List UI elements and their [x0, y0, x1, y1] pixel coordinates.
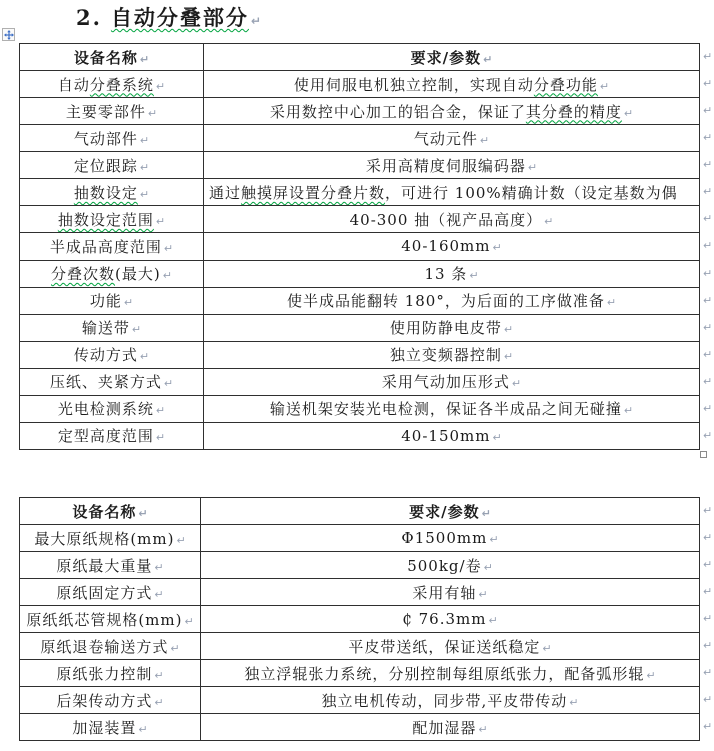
column-header: 要求/参数↵ [201, 498, 700, 525]
table-row: 光电检测系统↵输送机架安装光电检测，保证各半成品之间无碰撞↵ [20, 395, 700, 422]
paragraph-mark: ↵ [542, 642, 551, 655]
cell-text: 独立电机传动，同步带,平皮带传动 [322, 692, 568, 710]
paragraph-mark: ↵ [156, 431, 165, 444]
param-value-cell: 独立变频器控制↵ [204, 341, 700, 368]
param-value-cell: 13 条↵ [204, 260, 700, 287]
paragraph-mark: ↵ [170, 642, 179, 655]
cell-text: 原纸固定方式 [56, 584, 152, 602]
row-end-paragraph-mark: ↵ [703, 504, 712, 518]
param-value-cell: 通过触摸屏设置分叠片数，可进行 100%精确计数（设定基数为偶 [204, 179, 700, 206]
paragraph-mark: ↵ [478, 723, 487, 736]
row-end-paragraph-mark: ↵ [703, 158, 712, 172]
table-row: 抽数设定范围↵40-300 抽（视产品高度）↵ [20, 206, 700, 233]
device-name-cell: 原纸最大重量↵ [20, 552, 201, 579]
column-header-text: 设备名称 [74, 49, 138, 67]
cell-text: 自动 [58, 76, 90, 94]
paragraph-mark: ↵ [607, 296, 616, 309]
paragraph-mark: ↵ [132, 323, 141, 336]
device-name-cell: 原纸退卷输送方式↵ [20, 633, 201, 660]
section-title-text: 自动分叠部分 [111, 5, 249, 30]
cell-text: 采用有轴 [412, 584, 476, 602]
paragraph-mark: ↵ [156, 80, 165, 93]
paragraph-mark: ↵ [164, 377, 173, 390]
row-end-paragraph-mark: ↵ [703, 348, 712, 362]
param-value-cell: 使半成品能翻转 180°，为后面的工序做准备↵ [204, 287, 700, 314]
device-name-cell: 定位跟踪↵ [20, 152, 204, 179]
cell-text: 传动方式 [74, 346, 138, 364]
cell-text: 使用伺服电机独立控制，实现自动 [294, 76, 534, 94]
table-row: 原纸张力控制↵独立浮辊张力系统，分别控制每组原纸张力，配备弧形辊↵ [20, 660, 700, 687]
row-end-paragraph-mark: ↵ [703, 375, 712, 389]
section-number: 2. [76, 5, 102, 30]
paragraph-mark: ↵ [140, 134, 149, 147]
paragraph-mark: ↵ [138, 507, 147, 520]
spellcheck-flagged-text: 其分叠的精度 [526, 103, 622, 121]
column-header: 设备名称↵ [20, 498, 201, 525]
param-value-cell: 采用数控中心加工的铝合金，保证了其分叠的精度↵ [204, 98, 700, 125]
cell-text: 原纸纸芯管规格(mm) [26, 611, 182, 629]
row-end-paragraph-mark: ↵ [703, 321, 712, 335]
device-name-cell: 原纸张力控制↵ [20, 660, 201, 687]
row-end-paragraph-mark: ↵ [703, 612, 712, 626]
param-value-cell: 采用气动加压形式↵ [204, 368, 700, 395]
column-header: 要求/参数↵ [204, 44, 700, 71]
row-end-paragraph-mark: ↵ [703, 77, 712, 91]
row-end-paragraph-mark: ↵ [703, 639, 712, 653]
param-value-cell: ₵ 76.3mm↵ [201, 606, 700, 633]
row-end-paragraph-mark: ↵ [703, 267, 712, 281]
cell-text: 通过 [209, 184, 241, 202]
row-end-paragraph-mark: ↵ [703, 558, 712, 572]
header-row: 设备名称↵要求/参数↵ [20, 498, 700, 525]
cell-text: 40-160mm [401, 237, 490, 255]
paragraph-mark: ↵ [154, 561, 163, 574]
param-value-cell: 使用伺服电机独立控制，实现自动分叠功能↵ [204, 71, 700, 98]
param-value-cell: 采用有轴↵ [201, 579, 700, 606]
spellcheck-flagged-text: 触摸屏设置分叠片数 [241, 184, 385, 202]
cell-text: 最大原纸规格(mm) [34, 530, 174, 548]
paragraph-mark: ↵ [469, 269, 478, 282]
device-name-cell: 抽数设定↵ [20, 179, 204, 206]
row-end-paragraph-mark: ↵ [703, 402, 712, 416]
device-name-cell: 主要零部件↵ [20, 98, 204, 125]
paragraph-mark: ↵ [544, 215, 553, 228]
device-name-cell: 分叠次数(最大)↵ [20, 260, 204, 287]
paragraph-mark: ↵ [163, 269, 172, 282]
device-name-cell: 输送带↵ [20, 314, 204, 341]
table-row: 输送带↵使用防静电皮带↵ [20, 314, 700, 341]
cell-text: 采用数控中心加工的铝合金，保证了 [270, 103, 526, 121]
row-end-paragraph-mark: ↵ [703, 50, 712, 64]
table-row: 原纸纸芯管规格(mm)↵₵ 76.3mm↵ [20, 606, 700, 633]
table-row: 主要零部件↵采用数控中心加工的铝合金，保证了其分叠的精度↵ [20, 98, 700, 125]
cell-text: 压纸、夹紧方式 [50, 373, 162, 391]
device-name-cell: 原纸纸芯管规格(mm)↵ [20, 606, 201, 633]
cell-text: ，可进行 100%精确计数（设定基数为偶 [385, 184, 678, 202]
paragraph-mark: ↵ [156, 215, 165, 228]
cell-text: 采用气动加压形式 [382, 373, 510, 391]
cell-text: (最大) [115, 265, 161, 283]
row-end-paragraph-mark: ↵ [703, 720, 712, 734]
cell-text: 气动元件 [414, 130, 478, 148]
paragraph-mark: ↵ [504, 350, 513, 363]
param-value-cell: 40-150mm↵ [204, 422, 700, 449]
table-row: 自动分叠系统↵使用伺服电机独立控制，实现自动分叠功能↵ [20, 71, 700, 98]
device-name-cell: 自动分叠系统↵ [20, 71, 204, 98]
column-header-text: 设备名称 [72, 503, 136, 521]
table-row: 最大原纸规格(mm)↵Φ1500mm↵ [20, 525, 700, 552]
param-value-cell: 配加湿器↵ [201, 714, 700, 741]
cell-text: ₵ 76.3mm [402, 610, 486, 628]
param-value-cell: Φ1500mm↵ [201, 525, 700, 552]
table-row: 定型高度范围↵40-150mm↵ [20, 422, 700, 449]
paragraph-mark: ↵ [154, 588, 163, 601]
table-row: 功能↵使半成品能翻转 180°，为后面的工序做准备↵ [20, 287, 700, 314]
cell-text: 光电检测系统 [58, 400, 154, 418]
paragraph-mark: ↵ [489, 533, 498, 546]
column-header-text: 要求/参数 [409, 503, 479, 521]
paragraph-mark: ↵ [138, 723, 147, 736]
header-row: 设备名称↵要求/参数↵ [20, 44, 700, 71]
cell-text: 功能 [90, 292, 122, 310]
spellcheck-flagged-text: 抽数设定 [74, 184, 138, 202]
column-header: 设备名称↵ [20, 44, 204, 71]
table-resize-handle[interactable] [700, 451, 707, 458]
row-end-paragraph-mark: ↵ [703, 104, 712, 118]
device-name-cell: 功能↵ [20, 287, 204, 314]
cell-text: 原纸最大重量 [56, 557, 152, 575]
param-value-cell: 平皮带送纸，保证送纸稳定↵ [201, 633, 700, 660]
paragraph-mark: ↵ [124, 296, 133, 309]
spec-table-2-container: 设备名称↵要求/参数↵最大原纸规格(mm)↵Φ1500mm↵原纸最大重量↵500… [19, 497, 700, 741]
paragraph-mark: ↵ [478, 588, 487, 601]
cell-text: 采用高精度伺服编码器 [366, 157, 526, 175]
cell-text: 独立浮辊张力系统，分别控制每组原纸张力，配备弧形辊 [244, 665, 644, 683]
table-row: 压纸、夹紧方式↵采用气动加压形式↵ [20, 368, 700, 395]
paragraph-mark: ↵ [493, 241, 502, 254]
cell-text: 原纸张力控制 [56, 665, 152, 683]
paragraph-mark: ↵ [148, 107, 157, 120]
table-row: 半成品高度范围↵40-160mm↵ [20, 233, 700, 260]
paragraph-mark: ↵ [480, 134, 489, 147]
spellcheck-flagged-text: 分叠系统 [90, 76, 154, 94]
cell-text: 输送带 [82, 319, 130, 337]
cell-text: 定型高度范围 [58, 427, 154, 445]
param-value-cell: 采用高精度伺服编码器↵ [204, 152, 700, 179]
cell-text: 后架传动方式 [56, 692, 152, 710]
cell-text: 定位跟踪 [74, 157, 138, 175]
paragraph-mark: ↵ [140, 161, 149, 174]
paragraph-mark: ↵ [154, 669, 163, 682]
paragraph-mark: ↵ [624, 404, 633, 417]
cell-text: 平皮带送纸，保证送纸稳定 [348, 638, 540, 656]
cell-text: 独立变频器控制 [390, 346, 502, 364]
device-name-cell: 压纸、夹紧方式↵ [20, 368, 204, 395]
cell-text: 13 条 [424, 265, 467, 283]
table-row: 分叠次数(最大)↵13 条↵ [20, 260, 700, 287]
device-name-cell: 定型高度范围↵ [20, 422, 204, 449]
param-value-cell: 40-160mm↵ [204, 233, 700, 260]
table-move-handle[interactable] [2, 28, 15, 41]
paragraph-mark: ↵ [493, 431, 502, 444]
move-cross-icon [4, 30, 14, 40]
paragraph-mark: ↵ [483, 53, 492, 66]
param-value-cell: 使用防静电皮带↵ [204, 314, 700, 341]
cell-text: 配加湿器 [412, 719, 476, 737]
row-end-paragraph-mark: ↵ [703, 185, 712, 199]
paragraph-mark: ↵ [251, 14, 261, 28]
spec-table-2: 设备名称↵要求/参数↵最大原纸规格(mm)↵Φ1500mm↵原纸最大重量↵500… [19, 497, 700, 741]
row-end-paragraph-mark: ↵ [703, 666, 712, 680]
column-header-text: 要求/参数 [411, 49, 481, 67]
cell-text: 原纸退卷输送方式 [40, 638, 168, 656]
row-end-paragraph-mark: ↵ [703, 212, 712, 226]
paragraph-mark: ↵ [504, 323, 513, 336]
param-value-cell: 40-300 抽（视产品高度）↵ [204, 206, 700, 233]
device-name-cell: 抽数设定范围↵ [20, 206, 204, 233]
row-end-paragraph-mark: ↵ [703, 294, 712, 308]
paragraph-mark: ↵ [154, 696, 163, 709]
device-name-cell: 后架传动方式↵ [20, 687, 201, 714]
paragraph-mark: ↵ [624, 107, 633, 120]
cell-text: 使半成品能翻转 180°，为后面的工序做准备 [287, 292, 605, 310]
param-value-cell: 独立电机传动，同步带,平皮带传动↵ [201, 687, 700, 714]
table-row: 原纸最大重量↵500kg/卷↵ [20, 552, 700, 579]
param-value-cell: 输送机架安装光电检测，保证各半成品之间无碰撞↵ [204, 395, 700, 422]
table-row: 传动方式↵独立变频器控制↵ [20, 341, 700, 368]
paragraph-mark: ↵ [646, 669, 655, 682]
paragraph-mark: ↵ [482, 507, 491, 520]
device-name-cell: 气动部件↵ [20, 125, 204, 152]
cell-text: 半成品高度范围 [50, 238, 162, 256]
paragraph-mark: ↵ [140, 53, 149, 66]
table-row: 后架传动方式↵独立电机传动，同步带,平皮带传动↵ [20, 687, 700, 714]
paragraph-mark: ↵ [184, 615, 193, 628]
device-name-cell: 半成品高度范围↵ [20, 233, 204, 260]
device-name-cell: 传动方式↵ [20, 341, 204, 368]
paragraph-mark: ↵ [156, 404, 165, 417]
spellcheck-flagged-text: 抽数设定范围 [58, 211, 154, 229]
paragraph-mark: ↵ [140, 350, 149, 363]
device-name-cell: 最大原纸规格(mm)↵ [20, 525, 201, 552]
row-end-paragraph-mark: ↵ [703, 131, 712, 145]
paragraph-mark: ↵ [176, 534, 185, 547]
param-value-cell: 独立浮辊张力系统，分别控制每组原纸张力，配备弧形辊↵ [201, 660, 700, 687]
paragraph-mark: ↵ [569, 696, 578, 709]
paragraph-mark: ↵ [140, 188, 149, 201]
paragraph-mark: ↵ [528, 161, 537, 174]
paragraph-mark: ↵ [164, 242, 173, 255]
spec-table-1: 设备名称↵要求/参数↵自动分叠系统↵使用伺服电机独立控制，实现自动分叠功能↵主要… [19, 43, 700, 450]
cell-text: 气动部件 [74, 130, 138, 148]
spec-table-1-container: 设备名称↵要求/参数↵自动分叠系统↵使用伺服电机独立控制，实现自动分叠功能↵主要… [19, 43, 700, 450]
paragraph-mark: ↵ [512, 377, 521, 390]
cell-text: 加湿装置 [72, 719, 136, 737]
device-name-cell: 加湿装置↵ [20, 714, 201, 741]
param-value-cell: 500kg/卷↵ [201, 552, 700, 579]
spellcheck-flagged-text: 分叠次数 [51, 265, 115, 283]
table-row: 原纸退卷输送方式↵平皮带送纸，保证送纸稳定↵ [20, 633, 700, 660]
spellcheck-flagged-text: 分叠功能 [534, 76, 598, 94]
table-row: 定位跟踪↵采用高精度伺服编码器↵ [20, 152, 700, 179]
row-end-paragraph-mark: ↵ [703, 531, 712, 545]
cell-text: 40-150mm [401, 427, 490, 445]
paragraph-mark: ↵ [600, 80, 609, 93]
cell-text: 使用防静电皮带 [390, 319, 502, 337]
device-name-cell: 原纸固定方式↵ [20, 579, 201, 606]
cell-text: 500kg/卷 [407, 557, 481, 575]
cell-text: 输送机架安装光电检测，保证各半成品之间无碰撞 [270, 400, 622, 418]
paragraph-mark: ↵ [488, 614, 497, 627]
table-row: 气动部件↵气动元件↵ [20, 125, 700, 152]
row-end-paragraph-mark: ↵ [703, 693, 712, 707]
param-value-cell: 气动元件↵ [204, 125, 700, 152]
table-row: 抽数设定↵通过触摸屏设置分叠片数，可进行 100%精确计数（设定基数为偶 [20, 179, 700, 206]
row-end-paragraph-mark: ↵ [703, 585, 712, 599]
row-end-paragraph-mark: ↵ [703, 239, 712, 253]
device-name-cell: 光电检测系统↵ [20, 395, 204, 422]
row-end-paragraph-mark: ↵ [703, 429, 712, 443]
cell-text: 主要零部件 [66, 103, 146, 121]
cell-text: Φ1500mm [401, 529, 487, 547]
cell-text: 40-300 抽（视产品高度） [350, 211, 543, 229]
table-row: 加湿装置↵配加湿器↵ [20, 714, 700, 741]
paragraph-mark: ↵ [484, 561, 493, 574]
table-row: 原纸固定方式↵采用有轴↵ [20, 579, 700, 606]
section-title: 2.自动分叠部分↵ [76, 2, 261, 32]
